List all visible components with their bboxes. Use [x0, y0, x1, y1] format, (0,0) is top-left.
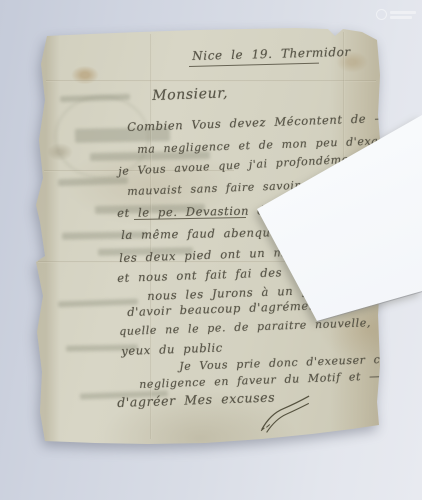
watermark-circle-icon	[376, 9, 387, 20]
watermark-text-lines	[390, 11, 416, 19]
photo-scene: Nice le 19. ThermidorMonsieur,Combien Vo…	[0, 0, 422, 500]
white-overlay-card	[0, 0, 422, 500]
watermark-logo	[376, 9, 416, 20]
overlay-card-shadow	[0, 0, 422, 500]
